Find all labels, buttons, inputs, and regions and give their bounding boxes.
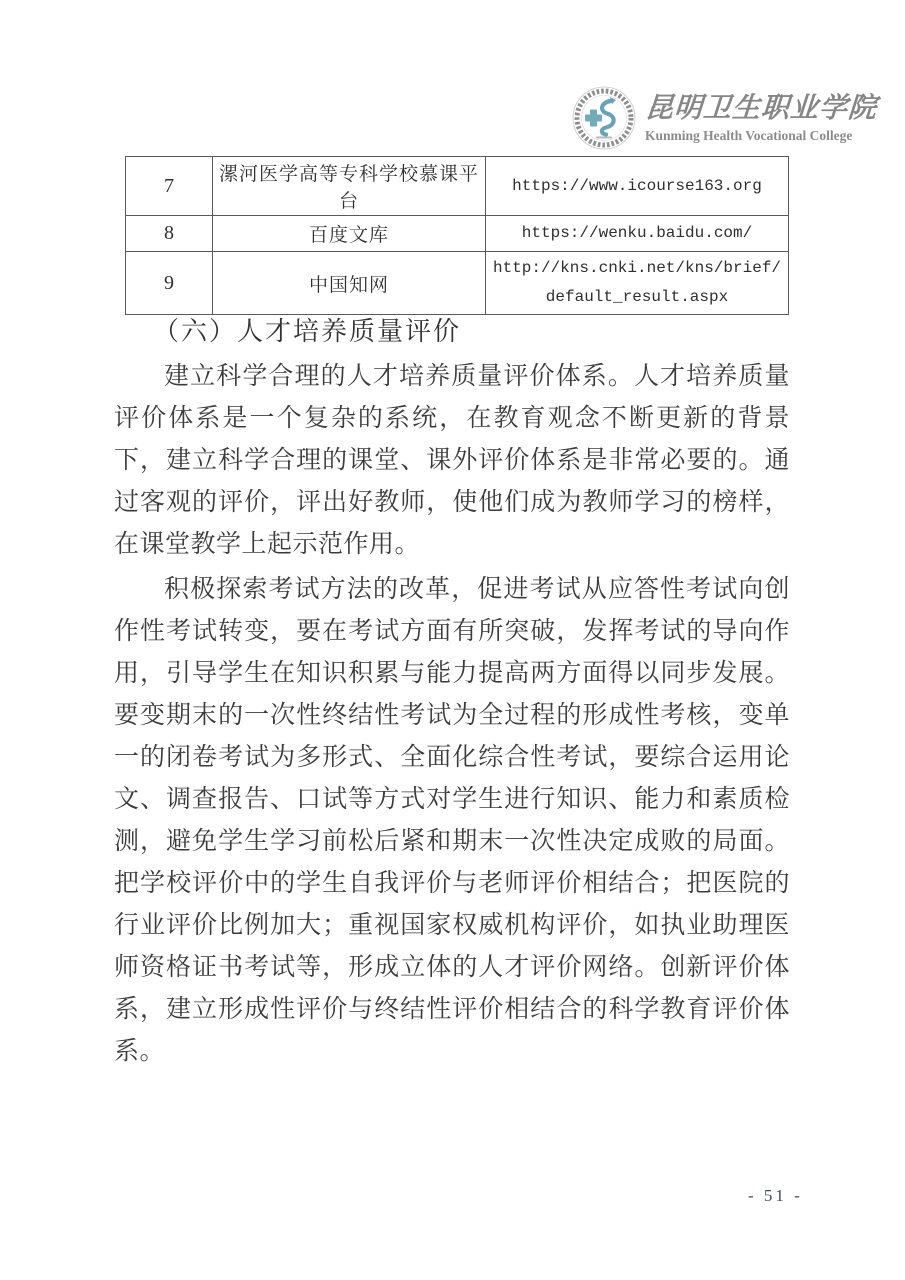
college-name-en: Kunming Health Vocational College bbox=[645, 128, 877, 144]
resource-number: 9 bbox=[126, 252, 213, 315]
table-row: 8 百度文库 https://wenku.baidu.com/ bbox=[126, 216, 789, 252]
resource-number: 7 bbox=[126, 157, 213, 216]
resource-url: http://kns.cnki.net/kns/brief/default_re… bbox=[486, 252, 789, 315]
table-row: 9 中国知网 http://kns.cnki.net/kns/brief/def… bbox=[126, 252, 789, 315]
table-row: 7 漯河医学高等专科学校慕课平台 https://www.icourse163.… bbox=[126, 157, 789, 216]
college-seal-icon bbox=[570, 84, 638, 152]
resource-url: https://wenku.baidu.com/ bbox=[486, 216, 789, 252]
resource-name: 百度文库 bbox=[213, 216, 486, 252]
section-heading: （六）人才培养质量评价 bbox=[115, 314, 461, 350]
paragraph: 建立科学合理的人才培养质量评价体系。人才培养质量评价体系是一个复杂的系统，在教育… bbox=[114, 356, 790, 566]
paragraph: 积极探索考试方法的改革，促进考试从应答性考试向创作性考试转变，要在考试方面有所突… bbox=[114, 569, 790, 1073]
page-number: - 51 - bbox=[748, 1186, 803, 1206]
resource-name: 漯河医学高等专科学校慕课平台 bbox=[213, 157, 486, 216]
document-page: 昆明卫生职业学院 Kunming Health Vocational Colle… bbox=[0, 0, 905, 1280]
college-header: 昆明卫生职业学院 Kunming Health Vocational Colle… bbox=[570, 84, 877, 152]
resource-number: 8 bbox=[126, 216, 213, 252]
online-resources-table: 7 漯河医学高等专科学校慕课平台 https://www.icourse163.… bbox=[125, 156, 789, 315]
resource-url: https://www.icourse163.org bbox=[486, 157, 789, 216]
resource-name: 中国知网 bbox=[213, 252, 486, 315]
college-wordmark: 昆明卫生职业学院 Kunming Health Vocational Colle… bbox=[645, 93, 877, 144]
section-body: 建立科学合理的人才培养质量评价体系。人才培养质量评价体系是一个复杂的系统，在教育… bbox=[114, 356, 790, 1073]
college-name-zh: 昆明卫生职业学院 bbox=[644, 93, 878, 125]
